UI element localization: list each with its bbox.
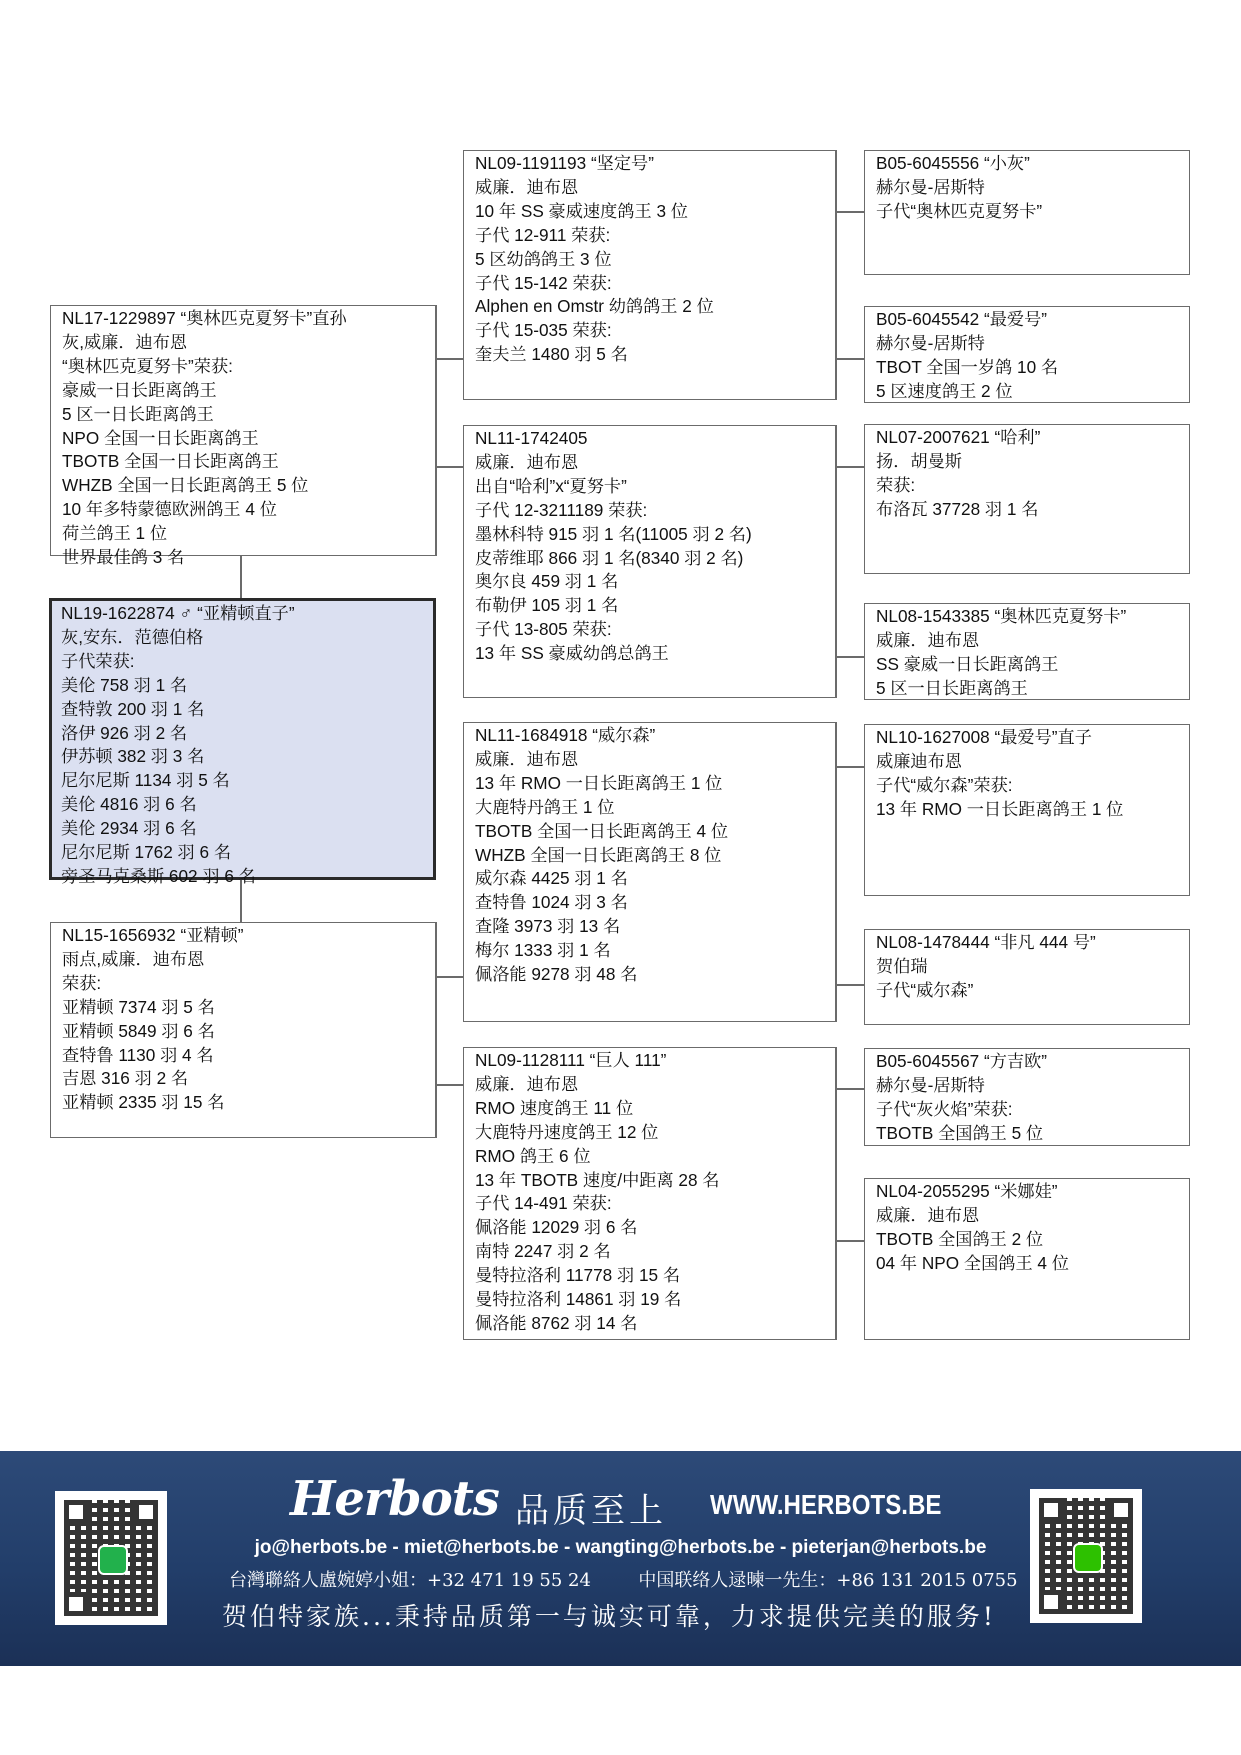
connector xyxy=(835,466,864,468)
card-line: 豪威一日长距离鸽王 xyxy=(62,379,435,403)
card-line: 04 年 NPO 全国鸽王 4 位 xyxy=(876,1252,1189,1276)
grandparent-card: NL09-1128111 “巨人 111” 威廉．迪布恩 RMO 速度鸽王 11… xyxy=(463,1047,836,1340)
card-line: NL07-2007621 “哈利” xyxy=(876,426,1189,450)
connector xyxy=(835,766,864,768)
grandparent-card: NL09-1191193 “坚定号” 威廉．迪布恩 10 年 SS 豪威速度鸽王… xyxy=(463,150,836,400)
connector xyxy=(835,1088,864,1090)
card-line: 查特鲁 1130 羽 4 名 xyxy=(62,1044,435,1068)
wechat-icon xyxy=(1073,1543,1103,1573)
card-line: 佩洛能 9278 羽 48 名 xyxy=(475,963,835,987)
card-line: TBOTB 全国一日长距离鸽王 4 位 xyxy=(475,820,835,844)
great-grandparent-card: NL08-1543385 “奥林匹克夏努卡” 威廉．迪布恩 SS 豪威一日长距离… xyxy=(864,603,1190,700)
card-line: NL19-1622874 ♂ “亚精顿直子” xyxy=(61,602,433,626)
card-line: 世界最佳鸽 3 名 xyxy=(62,546,435,570)
card-line: NL11-1742405 xyxy=(475,427,835,451)
website-link[interactable]: WWW.HERBOTS.BE xyxy=(710,1489,941,1521)
great-grandparent-card: NL07-2007621 “哈利” 扬．胡曼斯 荣获: 布洛瓦 37728 羽 … xyxy=(864,424,1190,574)
card-line: 佩洛能 8762 羽 14 名 xyxy=(475,1312,835,1336)
card-line: 洛伊 926 羽 2 名 xyxy=(61,722,433,746)
card-line: 子代“灰火焰”荣获: xyxy=(876,1098,1189,1122)
card-line: 南特 2247 羽 2 名 xyxy=(475,1240,835,1264)
card-line: 5 区幼鸽鸽王 3 位 xyxy=(475,248,835,272)
card-line: 子代“威尔森” xyxy=(876,979,1189,1003)
card-line: NPO 全国一日长距离鸽王 xyxy=(62,427,435,451)
card-line: 吉恩 316 羽 2 名 xyxy=(62,1067,435,1091)
card-line: 亚精顿 2335 羽 15 名 xyxy=(62,1091,435,1115)
sire-card: NL17-1229897 “奥林匹克夏努卡”直孙 灰,威廉．迪布恩 “奥林匹克夏… xyxy=(50,305,436,556)
card-line: NL09-1128111 “巨人 111” xyxy=(475,1049,835,1073)
connector xyxy=(835,211,864,213)
card-line: 荣获: xyxy=(62,972,435,996)
card-line: 子代“奥林匹克夏努卡” xyxy=(876,200,1189,224)
card-line: Alphen en Omstr 幼鸽鸽王 2 位 xyxy=(475,295,835,319)
card-line: 13 年 RMO 一日长距离鸽王 1 位 xyxy=(475,772,835,796)
card-line: 13 年 TBOTB 速度/中距离 28 名 xyxy=(475,1169,835,1193)
card-line: 子代 15-142 荣获: xyxy=(475,272,835,296)
card-line: 荣获: xyxy=(876,474,1189,498)
card-line: 尼尔尼斯 1134 羽 5 名 xyxy=(61,769,433,793)
card-line: 旁圣马克桑斯 602 羽 6 名 xyxy=(61,865,433,889)
great-grandparent-card: B05-6045567 “方吉欧” 赫尔曼-居斯特 子代“灰火焰”荣获: TBO… xyxy=(864,1048,1190,1146)
card-line: SS 豪威一日长距离鸽王 xyxy=(876,653,1189,677)
great-grandparent-card: NL10-1627008 “最爱号”直子 威廉迪布恩 子代“威尔森”荣获: 13… xyxy=(864,724,1190,896)
card-line: 赫尔曼-居斯特 xyxy=(876,176,1189,200)
grandparent-card: NL11-1742405 威廉．迪布恩 出自“哈利”x“夏努卡” 子代 12-3… xyxy=(463,425,836,698)
connector xyxy=(835,358,864,360)
connector xyxy=(835,1240,864,1242)
card-line: 美伦 2934 羽 6 名 xyxy=(61,817,433,841)
card-line: RMO 鸽王 6 位 xyxy=(475,1145,835,1169)
card-line: NL11-1684918 “威尔森” xyxy=(475,724,835,748)
contact-taiwan: 台灣聯絡人盧婉婷小姐：+32 471 19 55 24 xyxy=(229,1566,591,1592)
card-line: 扬．胡曼斯 xyxy=(876,450,1189,474)
connector xyxy=(835,984,864,986)
great-grandparent-card: B05-6045556 “小灰” 赫尔曼-居斯特 子代“奥林匹克夏努卡” xyxy=(864,150,1190,275)
card-line: B05-6045556 “小灰” xyxy=(876,152,1189,176)
card-line: 曼特拉洛利 11778 羽 15 名 xyxy=(475,1264,835,1288)
great-grandparent-card: NL04-2055295 “米娜娃” 威廉．迪布恩 TBOTB 全国鸽王 2 位… xyxy=(864,1178,1190,1340)
contact-china: 中国联络人逯暕一先生：+86 131 2015 0755 xyxy=(638,1566,1017,1592)
card-line: B05-6045542 “最爱号” xyxy=(876,308,1189,332)
card-line: 5 区一日长距离鸽王 xyxy=(62,403,435,427)
card-line: 查特敦 200 羽 1 名 xyxy=(61,698,433,722)
card-line: NL04-2055295 “米娜娃” xyxy=(876,1180,1189,1204)
card-line: 布勒伊 105 羽 1 名 xyxy=(475,594,835,618)
card-line: WHZB 全国一日长距离鸽王 5 位 xyxy=(62,474,435,498)
card-line: 13 年 RMO 一日长距离鸽王 1 位 xyxy=(876,798,1189,822)
card-line: NL09-1191193 “坚定号” xyxy=(475,152,835,176)
card-line: 子代 12-3211189 荣获: xyxy=(475,499,835,523)
card-line: 亚精顿 5849 羽 6 名 xyxy=(62,1020,435,1044)
card-line: 子代荣获: xyxy=(61,650,433,674)
card-line: B05-6045567 “方吉欧” xyxy=(876,1050,1189,1074)
dam-card: NL15-1656932 “亚精顿” 雨点,威廉．迪布恩 荣获: 亚精顿 737… xyxy=(50,922,436,1138)
card-line: 10 年 SS 豪威速度鸽王 3 位 xyxy=(475,200,835,224)
brand-logo: Herbots xyxy=(290,1471,499,1527)
card-line: 美伦 758 羽 1 名 xyxy=(61,674,433,698)
card-line: 皮蒂维耶 866 羽 1 名(8340 羽 2 名) xyxy=(475,547,835,571)
grandparent-card: NL11-1684918 “威尔森” 威廉．迪布恩 13 年 RMO 一日长距离… xyxy=(463,722,836,1022)
card-line: 10 年多特蒙德欧洲鸽王 4 位 xyxy=(62,498,435,522)
card-line: 雨点,威廉．迪布恩 xyxy=(62,948,435,972)
great-grandparent-card: B05-6045542 “最爱号” 赫尔曼-居斯特 TBOT 全国一岁鸽 10 … xyxy=(864,306,1190,403)
card-line: 奥尔良 459 羽 1 名 xyxy=(475,570,835,594)
card-line: NL15-1656932 “亚精顿” xyxy=(62,924,435,948)
card-line: 子代“威尔森”荣获: xyxy=(876,774,1189,798)
connector xyxy=(435,466,463,468)
card-line: 曼特拉洛利 14861 羽 19 名 xyxy=(475,1288,835,1312)
card-line: 亚精顿 7374 羽 5 名 xyxy=(62,996,435,1020)
card-line: RMO 速度鸽王 11 位 xyxy=(475,1097,835,1121)
card-line: 5 区速度鸽王 2 位 xyxy=(876,380,1189,404)
card-line: 查隆 3973 羽 13 名 xyxy=(475,915,835,939)
card-line: 子代 12-911 荣获: xyxy=(475,224,835,248)
card-line: 威廉．迪布恩 xyxy=(475,176,835,200)
subject-card: NL19-1622874 ♂ “亚精顿直子” 灰,安东．范德伯格 子代荣获: 美… xyxy=(49,598,436,880)
connector xyxy=(435,1084,463,1086)
card-line: 威尔森 4425 羽 1 名 xyxy=(475,867,835,891)
card-line: 贺伯瑞 xyxy=(876,955,1189,979)
footer-banner: Herbots 品质至上 WWW.HERBOTS.BE jo@herbots.b… xyxy=(0,1451,1241,1666)
card-line: 子代 13-805 荣获: xyxy=(475,618,835,642)
card-line: 佩洛能 12029 羽 6 名 xyxy=(475,1216,835,1240)
wechat-qr-code[interactable] xyxy=(1030,1489,1142,1623)
card-line: “奥林匹克夏努卡”荣获: xyxy=(62,355,435,379)
card-line: 子代 14-491 荣获: xyxy=(475,1192,835,1216)
card-line: 奎夫兰 1480 羽 5 名 xyxy=(475,343,835,367)
card-line: 威廉．迪布恩 xyxy=(876,1204,1189,1228)
card-line: 威廉迪布恩 xyxy=(876,750,1189,774)
card-line: 大鹿特丹鸽王 1 位 xyxy=(475,796,835,820)
card-line: 伊苏顿 382 羽 3 名 xyxy=(61,745,433,769)
contact-lines: 台灣聯絡人盧婉婷小姐：+32 471 19 55 24 中国联络人逯暕一先生：+… xyxy=(229,1566,1018,1592)
great-grandparent-card: NL08-1478444 “非凡 444 号” 贺伯瑞 子代“威尔森” xyxy=(864,929,1190,1025)
card-line: NL08-1478444 “非凡 444 号” xyxy=(876,931,1189,955)
card-line: 5 区一日长距离鸽王 xyxy=(876,677,1189,701)
card-line: 大鹿特丹速度鸽王 12 位 xyxy=(475,1121,835,1145)
motto: 贺伯特家族...秉持品质第一与诚实可靠，力求提供完美的服务! xyxy=(222,1597,996,1633)
card-line: 威廉．迪布恩 xyxy=(475,1073,835,1097)
card-line: TBOT 全国一岁鸽 10 名 xyxy=(876,356,1189,380)
connector xyxy=(435,358,463,360)
card-line: 灰,威廉．迪布恩 xyxy=(62,331,435,355)
card-line: 灰,安东．范德伯格 xyxy=(61,626,433,650)
card-line: 赫尔曼-居斯特 xyxy=(876,1074,1189,1098)
slogan: 品质至上 xyxy=(515,1483,667,1532)
card-line: 美伦 4816 羽 6 名 xyxy=(61,793,433,817)
card-line: 威廉．迪布恩 xyxy=(876,629,1189,653)
card-line: NL17-1229897 “奥林匹克夏努卡”直孙 xyxy=(62,307,435,331)
card-line: 梅尔 1333 羽 1 名 xyxy=(475,939,835,963)
card-line: WHZB 全国一日长距离鸽王 8 位 xyxy=(475,844,835,868)
card-line: 墨林科特 915 羽 1 名(11005 羽 2 名) xyxy=(475,523,835,547)
card-line: NL10-1627008 “最爱号”直子 xyxy=(876,726,1189,750)
card-line: 尼尔尼斯 1762 羽 6 名 xyxy=(61,841,433,865)
card-line: 赫尔曼-居斯特 xyxy=(876,332,1189,356)
card-line: 布洛瓦 37728 羽 1 名 xyxy=(876,498,1189,522)
card-line: 查特鲁 1024 羽 3 名 xyxy=(475,891,835,915)
card-line: 子代 15-035 荣获: xyxy=(475,319,835,343)
card-line: 威廉．迪布恩 xyxy=(475,451,835,475)
card-line: TBOTB 全国鸽王 2 位 xyxy=(876,1228,1189,1252)
card-line: 威廉．迪布恩 xyxy=(475,748,835,772)
card-line: TBOTB 全国一日长距离鸽王 xyxy=(62,450,435,474)
card-line: TBOTB 全国鸽王 5 位 xyxy=(876,1122,1189,1146)
card-line: NL08-1543385 “奥林匹克夏努卡” xyxy=(876,605,1189,629)
card-line: 13 年 SS 豪威幼鸽总鸽王 xyxy=(475,642,835,666)
card-line: 荷兰鸽王 1 位 xyxy=(62,522,435,546)
card-line: 出自“哈利”x“夏努卡” xyxy=(475,475,835,499)
connector xyxy=(435,976,463,978)
connector xyxy=(835,656,864,658)
